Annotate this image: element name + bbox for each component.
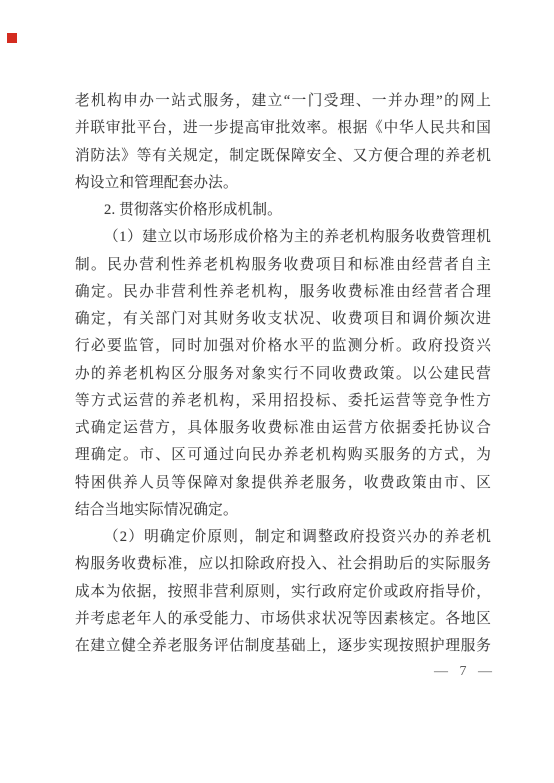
text-line: （2）明确定价原则，制定和调整政府投资兴办的养老机 bbox=[75, 524, 491, 551]
text-line: 确定，有关部门对其财务收支状况、收费项目和调价频次进 bbox=[75, 306, 491, 333]
text-line: 老机构申办一站式服务，建立“一门受理、一并办理”的网上 bbox=[75, 88, 491, 115]
document-page: 老机构申办一站式服务，建立“一门受理、一并办理”的网上并联审批平台，进一步提高审… bbox=[0, 0, 554, 783]
text-line: 式确定运营方，具体服务收费标准由运营方依据委托协议合 bbox=[75, 415, 491, 442]
text-line: 2. 贯彻落实价格形成机制。 bbox=[75, 197, 491, 224]
page-number: — 7 — bbox=[420, 661, 510, 683]
text-line: 结合当地实际情况确定。 bbox=[75, 497, 491, 524]
red-mark bbox=[7, 33, 17, 43]
text-line: 制。民办营利性养老机构服务收费项目和标准由经营者自主 bbox=[75, 252, 491, 279]
text-line: （1）建立以市场形成价格为主的养老机构服务收费管理机 bbox=[75, 224, 491, 251]
text-line: 消防法》等有关规定，制定既保障安全、又方便合理的养老机 bbox=[75, 143, 491, 170]
text-line: 并联审批平台，进一步提高审批效率。根据《中华人民共和国 bbox=[75, 115, 491, 142]
document-body: 老机构申办一站式服务，建立“一门受理、一并办理”的网上并联审批平台，进一步提高审… bbox=[75, 88, 491, 660]
text-line: 等方式运营的养老机构，采用招投标、委托运营等竞争性方 bbox=[75, 388, 491, 415]
text-line: 成本为依据，按照非营利原则，实行政府定价或政府指导价， bbox=[75, 579, 491, 606]
text-line: 理确定。市、区可通过向民办养老机构购买服务的方式，为 bbox=[75, 442, 491, 469]
text-line: 在建立健全养老服务评估制度基础上，逐步实现按照护理服务 bbox=[75, 633, 491, 660]
text-line: 并考虑老年人的承受能力、市场供求状况等因素核定。各地区 bbox=[75, 606, 491, 633]
text-line: 构服务收费标准，应以扣除政府投入、社会捐助后的实际服务 bbox=[75, 551, 491, 578]
text-line: 办的养老机构区分服务对象实行不同收费政策。以公建民营 bbox=[75, 361, 491, 388]
text-line: 构设立和管理配套办法。 bbox=[75, 170, 491, 197]
text-line: 特困供养人员等保障对象提供养老服务，收费政策由市、区 bbox=[75, 470, 491, 497]
text-line: 行必要监管，同时加强对价格水平的监测分析。政府投资兴 bbox=[75, 333, 491, 360]
text-line: 确定。民办非营利性养老机构，服务收费标准由经营者合理 bbox=[75, 279, 491, 306]
